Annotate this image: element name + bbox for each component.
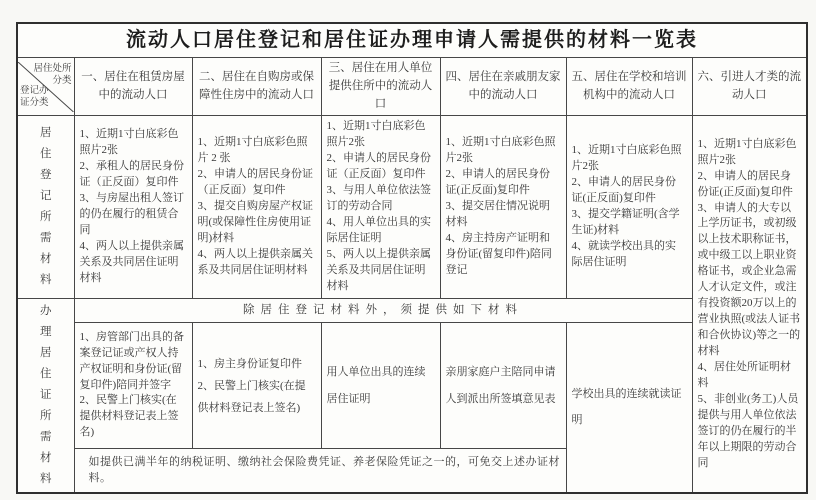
column-header-relatives-friends: 四、居住在亲戚朋友家中的流动人口 <box>440 58 566 116</box>
permit-materials-row: 1、房管部门出具的备案登记证或产权人持产权证明和身份证(留复印件)陪同并签字 2… <box>17 322 807 449</box>
corner-label-registration-category: 登记办 证分类 <box>20 86 49 110</box>
divider-text: 除居住登记材料外，须提供如下材料 <box>74 298 692 322</box>
row-label-registration-materials: 居住登记所需材料 <box>17 116 74 298</box>
column-header-rental-housing: 一、居住在租赁房屋中的流动人口 <box>74 58 192 116</box>
registration-cell-employer: 1、近期1寸白底彩色照片2张 2、申请人的居民身份证（正反面）复印件 3、与用人… <box>321 116 440 298</box>
page-title: 流动人口居住登记和居住证办理申请人需提供的材料一览表 <box>17 23 807 58</box>
divider-row: 办理居住证所需材料 除居住登记材料外，须提供如下材料 <box>17 298 807 322</box>
column-header-school-training: 五、居住在学校和培训机构中的流动人口 <box>566 58 692 116</box>
column-header-imported-talent: 六、引进人才类的流动人口 <box>692 58 807 116</box>
permit-cell-rental: 1、房管部门出具的备案登记证或产权人持产权证明和身份证(留复印件)陪同并签字 2… <box>74 322 192 449</box>
header-row: 居住处所 分类 登记办 证分类 一、居住在租赁房屋中的流动人口 二、居住在自购房… <box>17 58 807 116</box>
column-header-employer-housing: 三、居住在用人单位提供住所中的流动人口 <box>321 58 440 116</box>
permit-cell-employer: 用人单位出具的连续居住证明 <box>321 322 440 449</box>
registration-cell-rental: 1、近期1寸白底彩色照片2张 2、承租人的居民身份证（正反面）复印件 3、与房屋… <box>74 116 192 298</box>
permit-cell-school: 学校出具的连续就读证明 <box>566 322 692 493</box>
registration-cell-self-purchased: 1、近期1寸白底彩色照片 2 张 2、申请人的居民身份证（正反面）复印件 3、提… <box>192 116 321 298</box>
corner-label-place-category: 居住处所 分类 <box>33 64 71 88</box>
registration-cell-school: 1、近期1寸白底彩色照片2张 2、申请人的居民身份证(正反面)复印件 3、提交学… <box>566 116 692 298</box>
registration-materials-row: 居住登记所需材料 1、近期1寸白底彩色照片2张 2、承租人的居民身份证（正反面）… <box>17 116 807 298</box>
permit-cell-self-purchased: 1、房主身份证复印件 2、民警上门核实(在提供材料登记表上签名) <box>192 322 321 449</box>
document-page: 流动人口居住登记和居住证办理申请人需提供的材料一览表 居住处所 分类 登记办 证… <box>0 0 816 500</box>
registration-cell-relatives: 1、近期1寸白底彩色照片2张 2、申请人的居民身份证(正反面)复印件 3、提交居… <box>440 116 566 298</box>
corner-header-cell: 居住处所 分类 登记办 证分类 <box>17 58 74 116</box>
permit-cell-relatives: 亲朋家庭户主陪同申请人到派出所签填意见表 <box>440 322 566 449</box>
talent-materials-cell: 1、近期1寸白底彩色照片2张 2、申请人的居民身份证(正反面)复印件 3、申请人… <box>692 116 807 493</box>
title-row: 流动人口居住登记和居住证办理申请人需提供的材料一览表 <box>17 23 807 58</box>
column-header-self-purchased-housing: 二、居住在自购房或保障性住房中的流动人口 <box>192 58 321 116</box>
row-label-permit-materials: 办理居住证所需材料 <box>17 298 74 493</box>
materials-table: 流动人口居住登记和居住证办理申请人需提供的材料一览表 居住处所 分类 登记办 证… <box>16 22 808 494</box>
exemption-note: 如提供已满半年的纳税证明、缴纳社会保险费凭证、养老保险凭证之一的，可免交上述办证… <box>74 449 566 493</box>
